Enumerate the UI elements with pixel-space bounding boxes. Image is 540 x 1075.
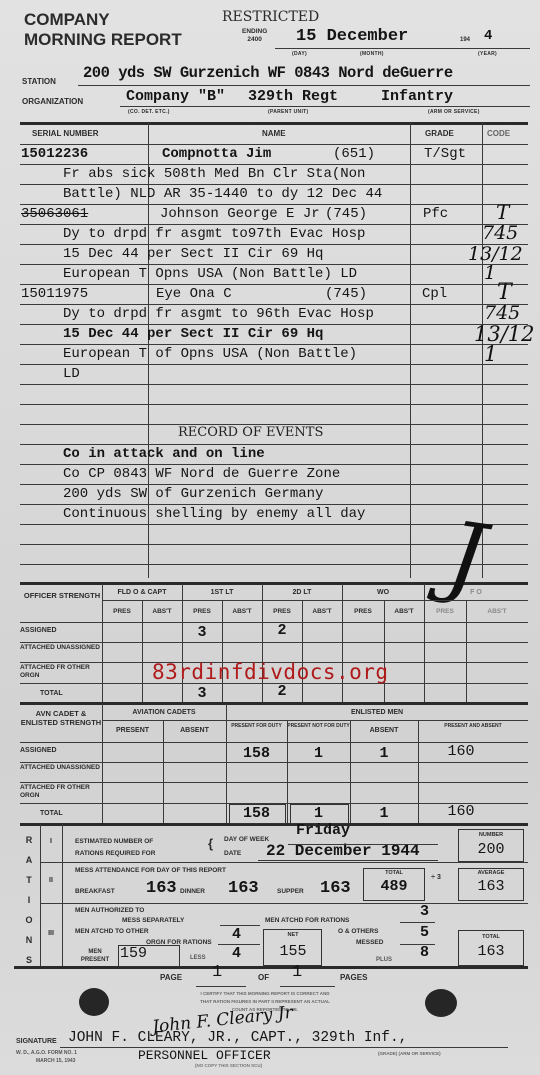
of-label: OF <box>258 973 269 982</box>
remark-line: 15 Dec 44 per Sect II Cir 69 Hq <box>63 326 323 342</box>
handwritten-code: 745 <box>482 222 518 244</box>
col-cadets-present: PRESENT <box>102 727 163 734</box>
soldier-name: Eye Ona C <box>156 286 232 302</box>
breakfast-label: BREAKFAST <box>75 888 115 895</box>
brace-icon: { <box>208 836 213 851</box>
organization-parent-unit: 329th Regt <box>248 88 338 105</box>
supper-label: SUPPER <box>277 888 304 895</box>
plus-value: 8 <box>420 944 429 961</box>
handwritten-code: 1 <box>484 262 496 284</box>
handwritten-code: 1 <box>484 342 497 366</box>
row-attached-unassigned: ATTACHED UNASSIGNED <box>20 764 100 772</box>
year-caption: (YEAR) <box>478 51 497 57</box>
remark-line: Dy to drpd fr asgmt to 96th Evac Hosp <box>63 306 374 322</box>
signer-name-rank: JOHN F. CLEARY, JR., CAPT., 329th Inf., <box>68 1030 407 1046</box>
signer-title: PERSONNEL OFFICER <box>138 1048 271 1063</box>
roster-divider-2 <box>410 123 411 578</box>
ending-time: 2400 <box>242 36 267 44</box>
binder-hole-right-icon <box>425 989 457 1017</box>
form-title: COMPANY MORNING REPORT <box>24 10 182 50</box>
grade: Pfc <box>423 206 448 222</box>
group-aviation-cadets: AVIATION CADETS <box>102 709 226 716</box>
station-value: 200 yds SW Gurzenich WF 0843 Nord deGuer… <box>83 64 453 82</box>
row-total: TOTAL <box>40 690 63 697</box>
others-label: O & OTHERS <box>338 928 378 935</box>
month-caption: (MONTH) <box>360 51 384 57</box>
enlisted-strength-title: AVN CADET & ENLISTED STRENGTH <box>20 709 102 727</box>
page-number: 1 <box>212 963 222 982</box>
date-label: DATE <box>224 850 241 857</box>
subcol-pres: PRES <box>102 608 142 615</box>
organization-arm: Infantry <box>381 88 453 105</box>
officer-strength-title: OFFICER STRENGTH <box>22 591 102 600</box>
total-1st-lt-present: 3 <box>182 685 222 702</box>
pages-label: PAGES <box>340 973 367 982</box>
messed-label: MESSED <box>356 939 383 946</box>
day-of-week-label: DAY OF WEEK <box>224 836 269 843</box>
section-iii-numeral: III <box>40 930 62 937</box>
average-value: 163 <box>458 878 524 895</box>
ending-label: ENDING 2400 <box>242 28 267 44</box>
assigned-2d-lt-present: 2 <box>262 622 302 639</box>
col-grade: GRADE <box>425 129 454 138</box>
report-year: 4 <box>484 28 492 44</box>
serial-number: 15011975 <box>21 286 88 302</box>
dinner-label: DINNER <box>180 888 205 895</box>
group-enlisted-men: ENLISTED MEN <box>226 709 528 716</box>
ending-word: ENDING <box>242 28 267 36</box>
subcol-abst: ABS'T <box>142 608 182 615</box>
number-value: 200 <box>458 841 524 858</box>
org-caption-parent: (PARENT UNIT) <box>268 109 308 115</box>
event-line: Co in attack and on line <box>63 446 265 462</box>
remark-line: Battle) NLD AR 35-1440 to dy 12 Dec 44 <box>63 186 382 202</box>
rations-side-label: RAT ION S <box>20 830 38 970</box>
average-label: AVERAGE <box>458 870 524 876</box>
form-number: W. D., A.G.O. FORM NO. 1 <box>16 1050 77 1056</box>
station-label: STATION <box>22 77 56 86</box>
men-atchd-other-label: MEN ATCHD TO OTHER <box>75 928 149 935</box>
subcol-abst: ABS'T <box>302 608 342 615</box>
morning-report-sheet: COMPANY MORNING REPORT RESTRICTED ENDING… <box>0 0 540 1075</box>
sub-caption: (NO COPY THIS SECTION SCU) <box>195 1063 262 1068</box>
day-of-week-value: Friday <box>296 822 350 839</box>
remark-line: Fr abs sick 508th Med Bn Clr Sta(Non <box>63 166 365 182</box>
org-caption-company: (CO. DET. ETC.) <box>128 109 170 115</box>
total-pages: 1 <box>292 963 302 982</box>
grade: Cpl <box>422 286 447 302</box>
mess-separately-label: MESS SEPARATELY <box>122 917 184 924</box>
officer-group-wo: WO <box>342 589 424 596</box>
men-present-label: MEN PRESENT <box>75 948 115 964</box>
section-i-numeral: I <box>40 838 62 845</box>
remark-line: Dy to drpd fr asgmt to97th Evac Hosp <box>63 226 365 242</box>
col-present-and-absent: PRESENT AND ABSENT <box>418 723 528 730</box>
event-line: Continuous shelling by enemy all day <box>63 506 365 522</box>
grade-arm-caption: (GRADE) (ARM OR SERVICE) <box>378 1051 441 1056</box>
row-assigned: ASSIGNED <box>20 747 57 754</box>
men-atchd-other-value: 4 <box>232 926 241 943</box>
form-date: MARCH 15, 1943 <box>36 1058 75 1064</box>
handwritten-code: 745 <box>484 302 520 324</box>
subcol-pres: PRES <box>262 608 302 615</box>
form-title-line2: MORNING REPORT <box>24 30 182 50</box>
officer-group-fld-capt: FLD O & CAPT <box>102 589 182 596</box>
total-2d-lt-present: 2 <box>262 683 302 700</box>
men-present-value: 159 <box>120 945 147 962</box>
soldier-name: Compnotta Jim <box>162 146 271 162</box>
mos-code: (745) <box>325 286 367 302</box>
col-code: CODE <box>487 129 510 138</box>
assigned-1st-lt-present: 3 <box>182 624 222 641</box>
col-present-for-duty: PRESENT FOR DUTY <box>226 723 287 730</box>
subcol-abst: ABS'T <box>222 608 262 615</box>
divide-by-three: ÷ 3 <box>426 874 446 881</box>
serial-number: 15012236 <box>21 146 88 162</box>
remark-line: European T Opns USA (Non Battle) LD <box>63 266 357 282</box>
report-date: 15 December <box>296 27 408 46</box>
section-ii-numeral: II <box>40 877 62 884</box>
row-attached-other-orgn: ATTACHED FR OTHER ORGN <box>20 664 100 680</box>
grade: T/Sgt <box>424 146 466 162</box>
col-enlisted-absent: ABSENT <box>350 727 418 734</box>
officer-group-1st-lt: 1ST LT <box>182 589 262 596</box>
total-present-for-duty: 158 <box>226 805 287 822</box>
assigned-present-and-absent: 160 <box>418 743 504 760</box>
mos-code: (651) <box>333 146 375 162</box>
date-underline <box>275 48 530 49</box>
dinner-value: 163 <box>228 879 259 898</box>
assigned-absent: 1 <box>350 745 418 762</box>
less-value: 4 <box>232 945 241 962</box>
others-value: 5 <box>420 924 429 941</box>
remark-line: European T of Opns USA (Non Battle) <box>63 346 357 362</box>
subcol-abst: ABS'T <box>466 608 528 615</box>
organization-company: Company "B" <box>126 88 225 105</box>
supper-value: 163 <box>320 879 351 898</box>
form-title-line1: COMPANY <box>24 10 182 30</box>
station-underline <box>78 85 530 86</box>
col-present-not-for-duty: PRESENT NOT FOR DUTY <box>287 723 350 730</box>
rations-total-label: TOTAL <box>458 934 524 940</box>
row-attached-unassigned: ATTACHED UNASSIGNED <box>20 644 100 652</box>
men-atchd-rations-value: 3 <box>420 903 429 920</box>
event-line: 200 yds SW of Gurzenich Germany <box>63 486 323 502</box>
remark-line: 15 Dec 44 per Sect II Cir 69 Hq <box>63 246 323 262</box>
net-label: NET <box>263 932 323 938</box>
men-authorized-label: MEN AUTHORIZED TO <box>75 907 144 914</box>
mess-total-label: TOTAL <box>363 870 425 876</box>
row-total: TOTAL <box>40 810 63 817</box>
officer-group-2d-lt: 2D LT <box>262 589 342 596</box>
number-label: NUMBER <box>458 832 524 838</box>
total-present-not-for-duty: 1 <box>287 805 350 822</box>
soldier-name: Johnson George E Jr <box>160 206 320 222</box>
total-present-and-absent: 160 <box>418 803 504 820</box>
serial-number: 35063061 <box>21 206 88 222</box>
col-name: NAME <box>262 129 286 138</box>
col-serial-number: SERIAL NUMBER <box>32 129 99 138</box>
assigned-present-not-for-duty: 1 <box>287 745 350 762</box>
plus-label: PLUS <box>376 957 392 963</box>
subcol-abst: ABS'T <box>384 608 424 615</box>
handwritten-code: T <box>496 200 509 224</box>
rations-total-value: 163 <box>458 943 524 960</box>
less-label: LESS <box>190 955 206 961</box>
total-absent: 1 <box>350 805 418 822</box>
year-prefix: 194 <box>460 37 470 43</box>
net-value: 155 <box>263 943 323 960</box>
subcol-pres: PRES <box>424 608 466 615</box>
org-caption-arm: (ARM OR SERVICE) <box>428 109 480 115</box>
subcol-pres: PRES <box>342 608 384 615</box>
mos-code: (745) <box>325 206 367 222</box>
rations-required-label: ESTIMATED NUMBER OF RATIONS REQUIRED FOR <box>75 836 155 860</box>
row-attached-other-orgn: ATTACHED FR OTHER ORGN <box>20 784 100 800</box>
subcol-pres: PRES <box>182 608 222 615</box>
col-cadets-absent: ABSENT <box>163 727 226 734</box>
organization-underline <box>120 106 530 107</box>
record-of-events-title: RECORD OF EVENTS <box>178 425 323 440</box>
officer-group-fo: F O <box>424 589 528 596</box>
men-atchd-rations-label: MEN ATCHD FOR RATIONS <box>265 917 349 924</box>
classification-stamp: RESTRICTED <box>222 9 319 25</box>
organization-label: ORGANIZATION <box>22 97 83 106</box>
binder-hole-left-icon <box>79 988 109 1016</box>
page-label: PAGE <box>160 973 182 982</box>
event-line: Co CP 0843 WF Nord de Guerre Zone <box>63 466 340 482</box>
signature-label: SIGNATURE <box>16 1038 57 1045</box>
assigned-present-for-duty: 158 <box>226 745 287 762</box>
day-caption: (DAY) <box>292 51 307 57</box>
breakfast-value: 163 <box>146 879 177 898</box>
row-assigned: ASSIGNED <box>20 627 57 634</box>
remark-line: LD <box>63 366 80 382</box>
mess-attendance-title: MESS ATTENDANCE FOR DAY OF THIS REPORT <box>75 867 226 874</box>
watermark-text: 83rdinfdivdocs.org <box>152 660 389 684</box>
mess-total-value: 489 <box>363 878 425 895</box>
roster-top-border <box>20 122 528 125</box>
